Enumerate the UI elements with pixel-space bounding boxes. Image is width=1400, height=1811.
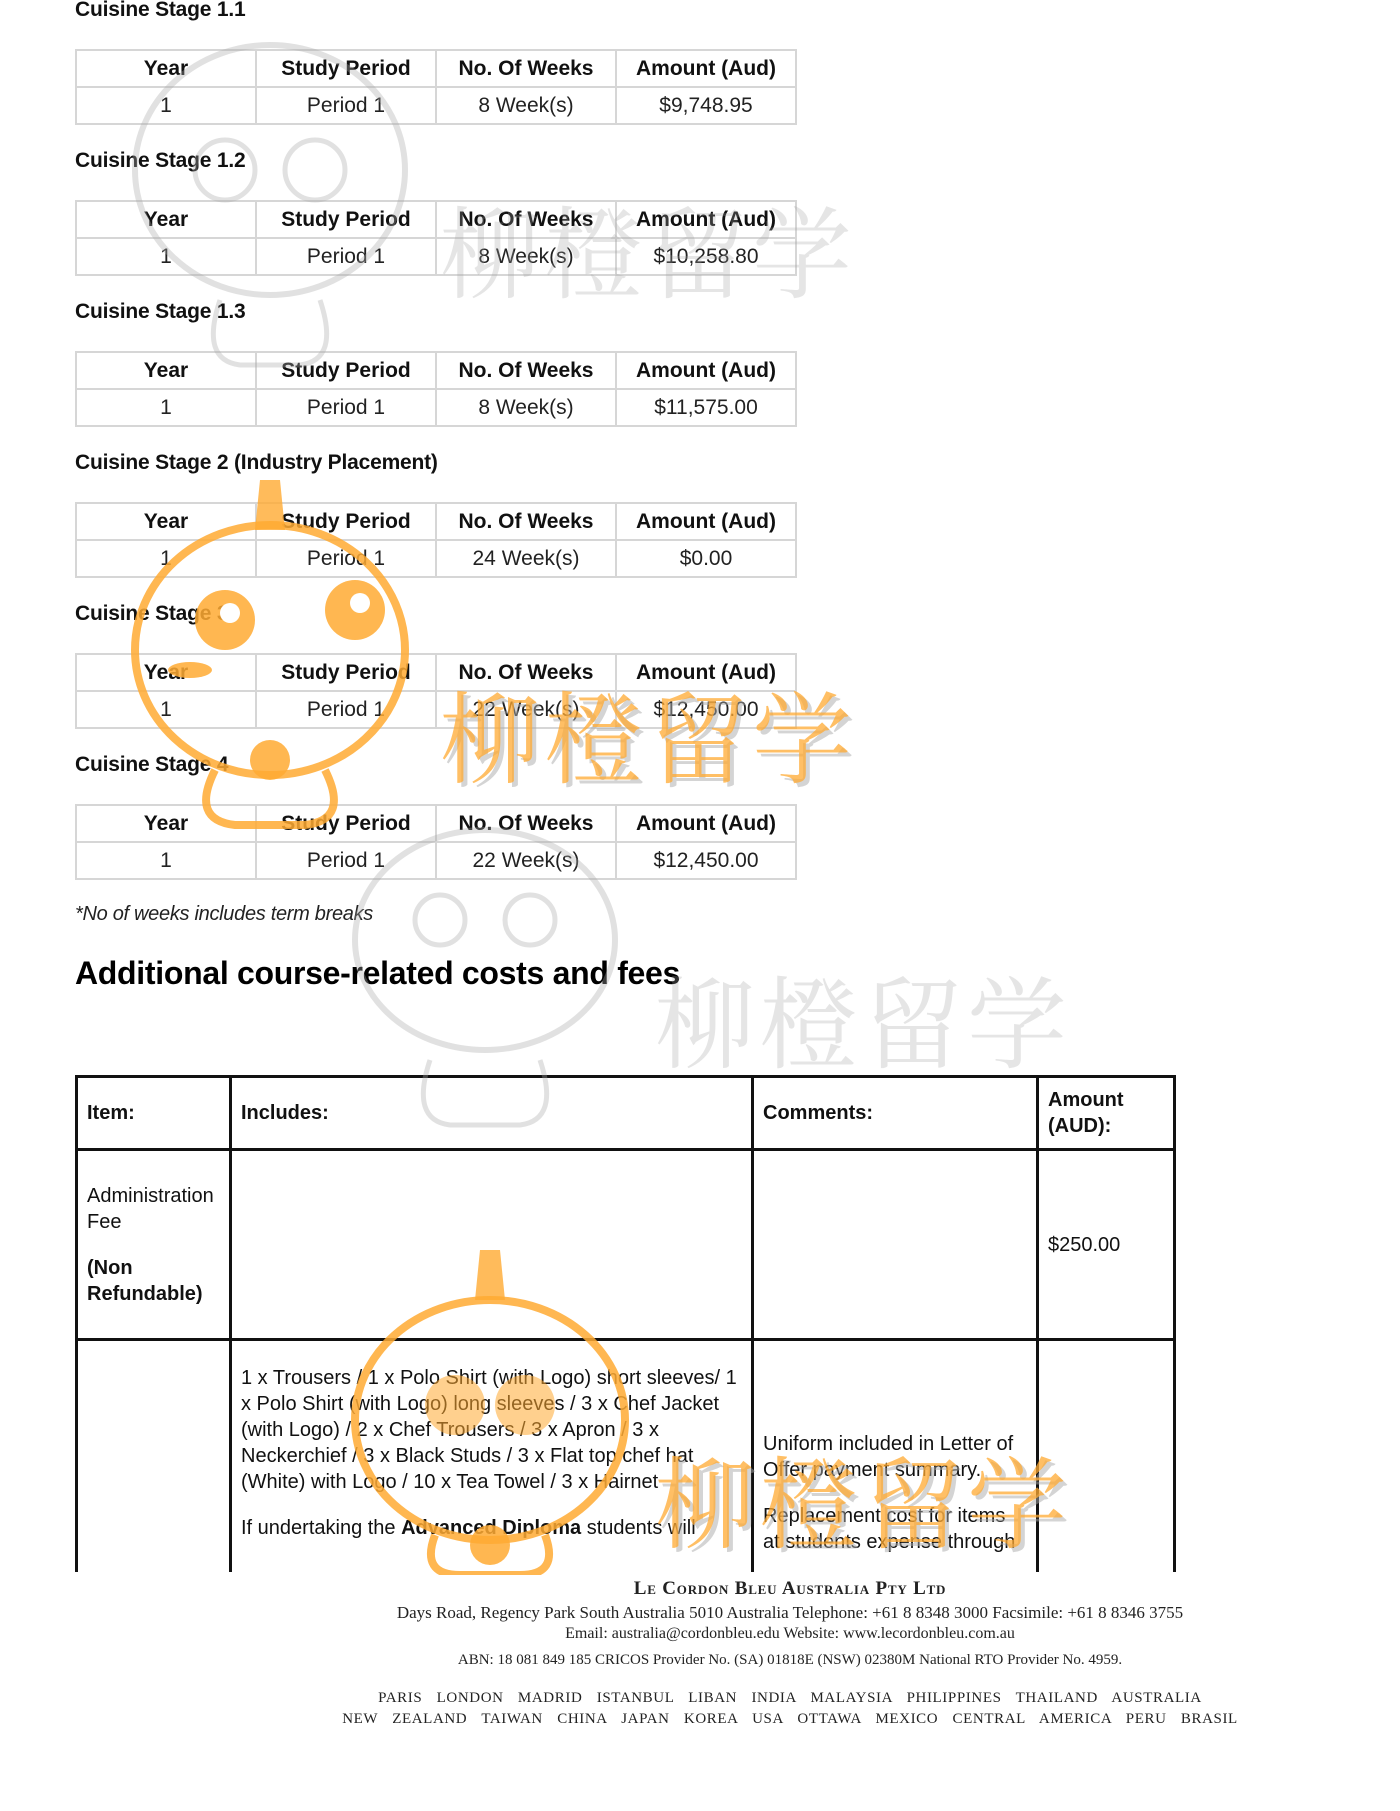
footer-company-name: Le Cordon Bleu Australia Pty Ltd [90, 1578, 1400, 1600]
footer-locations-line-1: PARIS LONDON MADRID ISTANBUL LIBAN INDIA… [90, 1688, 1400, 1709]
additional-costs-clip: Item: Includes: Comments: Amount (AUD): … [0, 0, 1400, 1572]
advanced-diploma-note: If undertaking the Advanced Diploma stud… [241, 1515, 742, 1541]
cell-comments [753, 1150, 1038, 1340]
header-item: Item: [77, 1077, 231, 1150]
header-comments: Comments: [753, 1077, 1038, 1150]
cell-includes: 1 x Trousers / 1 x Polo Shirt (with Logo… [231, 1340, 753, 1573]
note-bold-text: Advanced Diploma [401, 1517, 581, 1539]
table-row-administration-fee: Administration Fee (Non Refundable) $250… [77, 1150, 1175, 1340]
footer-locations: PARIS LONDON MADRID ISTANBUL LIBAN INDIA… [90, 1688, 1400, 1730]
table-row-uniform: Uniform 1 x Trousers / 1 x Polo Shirt (w… [77, 1340, 1175, 1573]
note-text: If undertaking the [241, 1517, 401, 1539]
cell-includes [231, 1150, 753, 1340]
header-includes: Includes: [231, 1077, 753, 1150]
header-amount: Amount (AUD): [1038, 1077, 1175, 1150]
cell-item: Administration Fee (Non Refundable) [77, 1150, 231, 1340]
costs-header-row: Item: Includes: Comments: Amount (AUD): [77, 1077, 1175, 1150]
item-qualifier: (Non Refundable) [87, 1255, 220, 1307]
comment-replacement-cost: Replacement cost for items at students e… [763, 1503, 1027, 1555]
item-name: Administration Fee [87, 1183, 220, 1235]
cell-comments: Uniform included in Letter of Offer paym… [753, 1340, 1038, 1573]
footer-address: Days Road, Regency Park South Australia … [90, 1603, 1400, 1623]
footer-locations-line-2: NEW ZEALAND TAIWAN CHINA JAPAN KOREA USA… [90, 1709, 1400, 1730]
footer-registration: ABN: 18 081 849 185 CRICOS Provider No. … [90, 1652, 1400, 1669]
footer-contact: Email: australia@cordonbleu.edu Website:… [90, 1625, 1400, 1643]
uniform-items-list: 1 x Trousers / 1 x Polo Shirt (with Logo… [241, 1365, 742, 1495]
additional-costs-table: Item: Includes: Comments: Amount (AUD): … [75, 1075, 1176, 1572]
cell-item: Uniform [77, 1340, 231, 1573]
note-text-end: students will [581, 1517, 696, 1539]
comment-payment-summary: Uniform included in Letter of Offer paym… [763, 1431, 1027, 1483]
cell-amount: $250.00 [1038, 1150, 1175, 1340]
cell-amount [1038, 1340, 1175, 1573]
